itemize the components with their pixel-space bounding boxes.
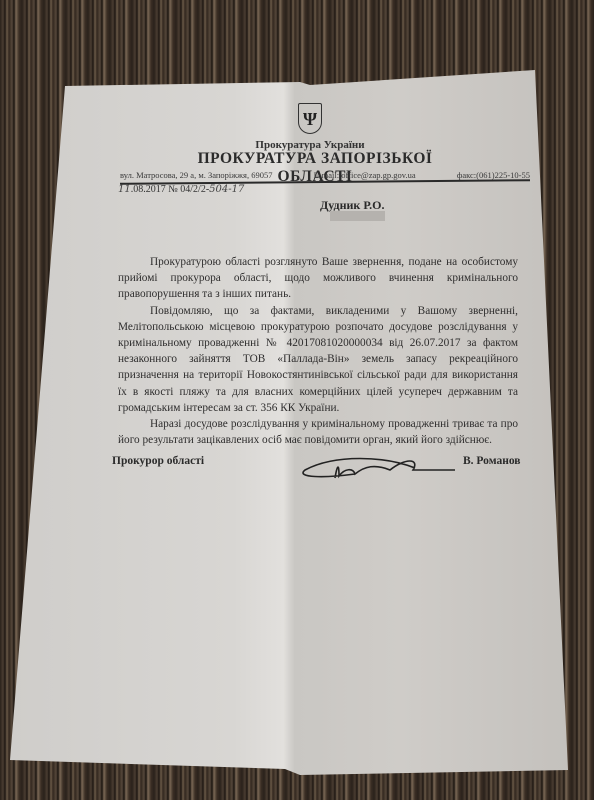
paragraph: Повідомляю, що за фактами, викладеними у…: [118, 303, 518, 416]
ref-handwritten: 504-17: [209, 184, 244, 195]
paragraph: Наразі досудове розслідування у кримінал…: [118, 416, 518, 448]
redacted-address: [330, 211, 385, 221]
paragraph: Прокуратурою області розглянуто Ваше зве…: [118, 254, 518, 303]
address: вул. Матросова, 29 а, м. Запоріжжя, 6905…: [120, 170, 272, 180]
email: E-mail: office@zap.gp.gov.ua: [314, 170, 416, 180]
signatory-title: Прокурор області: [112, 455, 204, 467]
signature-icon: [295, 448, 460, 484]
signatory-name: В. Романов: [463, 455, 521, 467]
trident-emblem-icon: Ψ: [298, 103, 322, 134]
ref-printed: .08.2017 № 04/2/2-: [131, 184, 209, 195]
reference-number: 11.08.2017 № 04/2/2-504-17: [118, 184, 244, 195]
ref-day: 11: [118, 184, 131, 195]
letterhead-contacts: вул. Матросова, 29 а, м. Запоріжжя, 6905…: [120, 170, 530, 180]
letter-body: Прокуратурою області розглянуто Ваше зве…: [118, 254, 518, 448]
